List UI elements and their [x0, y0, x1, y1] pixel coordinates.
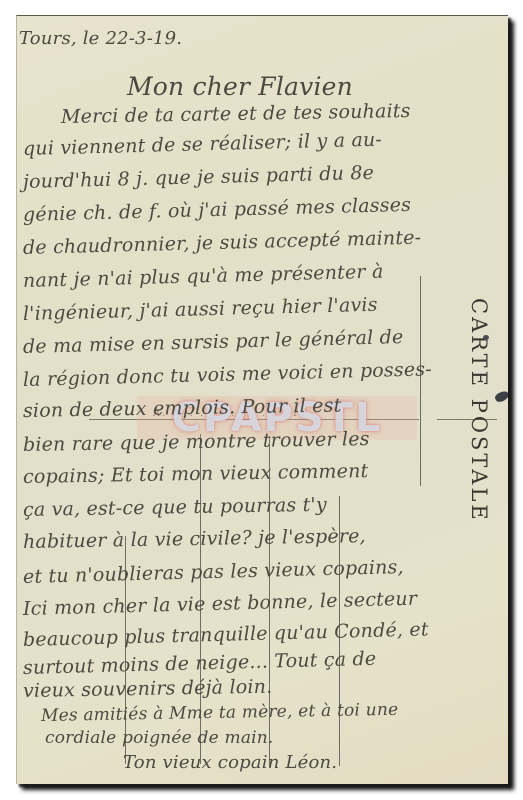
closing-line: Mes amitiés à Mme ta mère, et à toi une [41, 700, 399, 726]
letter-line: qui viennent de se réaliser; il y a au- [23, 129, 383, 160]
ink-blot [483, 335, 489, 340]
divider-line [420, 276, 421, 486]
letter-line: Ici mon cher la vie est bonne, le secteu… [23, 588, 418, 620]
greeting: Mon cher Flavien [127, 72, 353, 101]
letter-line: jourd'hui 8 j. que je suis parti du 8e [23, 162, 375, 193]
letter-line: ça va, est-ce que tu pourras t'y [23, 494, 327, 521]
letter-line: de ma mise en sursis par le général de [23, 326, 404, 358]
ink-blot [494, 389, 508, 404]
carte-postale-label: CARTE POSTALE [467, 298, 491, 523]
signature: Ton vieux copain Léon. [123, 752, 337, 773]
letter-line: génie ch. de f. où j'ai passé mes classe… [23, 194, 412, 226]
closing-line: cordiale poignée de main. [45, 728, 274, 748]
letter-line: la région donc tu vois me voici en posse… [23, 358, 432, 391]
postcard-back: A. P. . . . . . . . . . . ru CPAPSTL CAR… [16, 15, 508, 784]
letter-line: vieux souvenirs déjà loin. [23, 676, 273, 702]
letter-line: de chaudronnier, je suis accepté mainte- [23, 227, 422, 259]
letter-line: Merci de ta carte et de tes souhaits [61, 100, 411, 128]
letter-line: surtout moins de neige... Tout ça de [23, 648, 377, 679]
letter-line: copains; Et toi mon vieux comment [23, 460, 369, 488]
letter-line: l'ingénieur, j'ai aussi reçu hier l'avis [23, 294, 378, 325]
letter-line: beaucoup plus tranquille qu'au Condé, et [23, 618, 429, 651]
letter-line: bien rare que je montre trouver les [23, 428, 370, 456]
letter-line: et tu n'oublieras pas les vieux copains, [23, 556, 404, 588]
letter-line: nant je n'ai plus qu'à me présenter à [23, 261, 384, 292]
place-date: Tours, le 22-3-19. [19, 28, 182, 49]
letter-line: habituer à la vie civile? je l'espère, [23, 525, 366, 553]
